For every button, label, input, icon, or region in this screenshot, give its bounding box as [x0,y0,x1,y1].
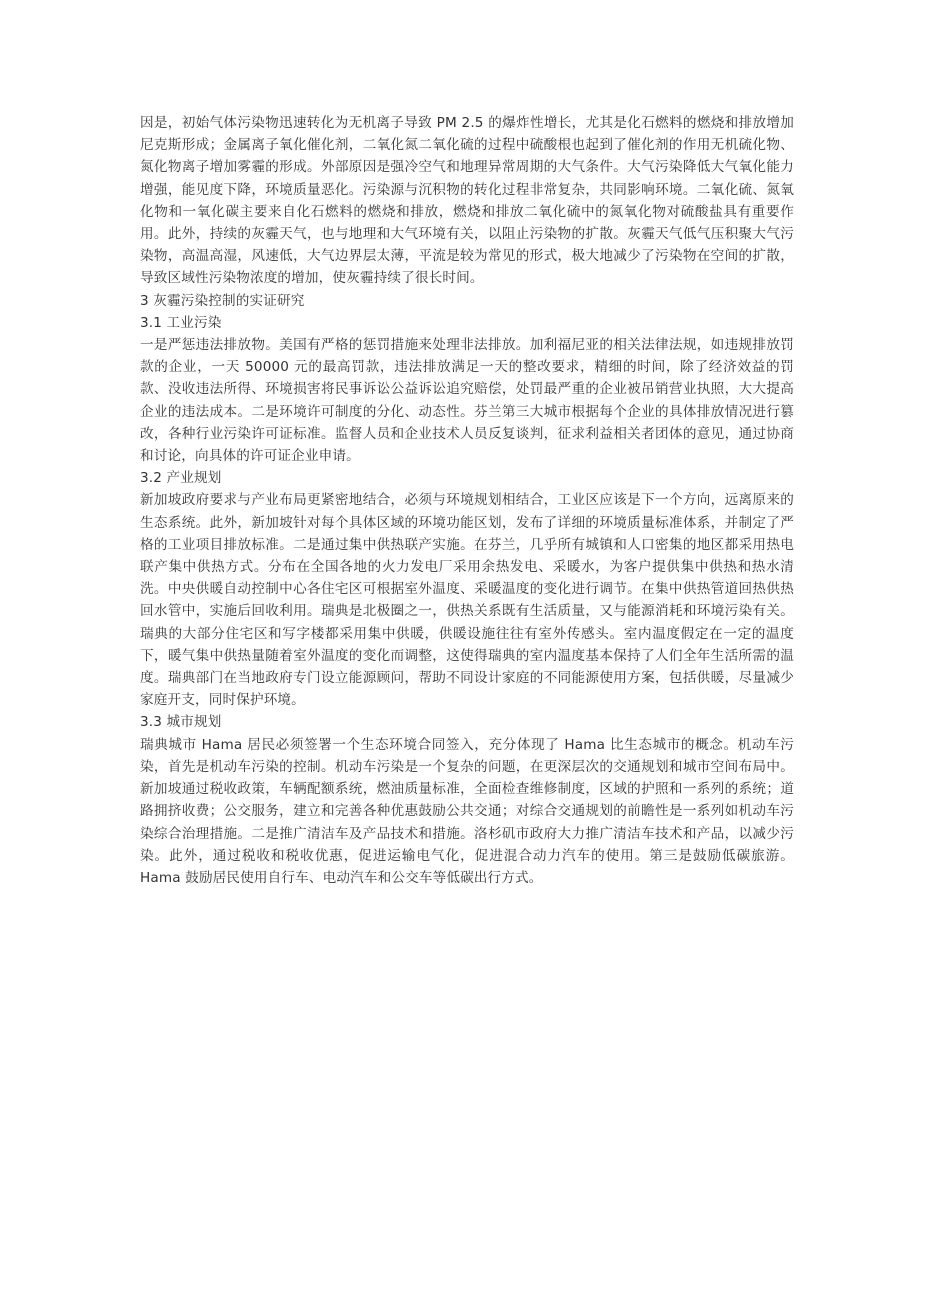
subsection-heading-3-2: 3.2 产业规划 [140,467,794,489]
document-page: 因是，初始气体污染物迅速转化为无机离子导致 PM 2.5 的爆炸性增长，尤其是化… [140,112,794,889]
section-heading-3: 3 灰霾污染控制的实证研究 [140,290,794,312]
paragraph-haze-causes: 因是，初始气体污染物迅速转化为无机离子导致 PM 2.5 的爆炸性增长，尤其是化… [140,112,794,290]
subsection-heading-3-3: 3.3 城市规划 [140,711,794,733]
paragraph-industrial-planning: 新加坡政府要求与产业布局更紧密地结合，必须与环境规划相结合，工业区应该是下一个方… [140,489,794,711]
paragraph-industrial-pollution: 一是严惩违法排放物。美国有严格的惩罚措施来处理非法排放。加利福尼亚的相关法律法规… [140,334,794,467]
subsection-heading-3-1: 3.1 工业污染 [140,312,794,334]
paragraph-urban-planning: 瑞典城市 Hama 居民必须签署一个生态环境合同签入，充分体现了 Hama 比生… [140,734,794,889]
